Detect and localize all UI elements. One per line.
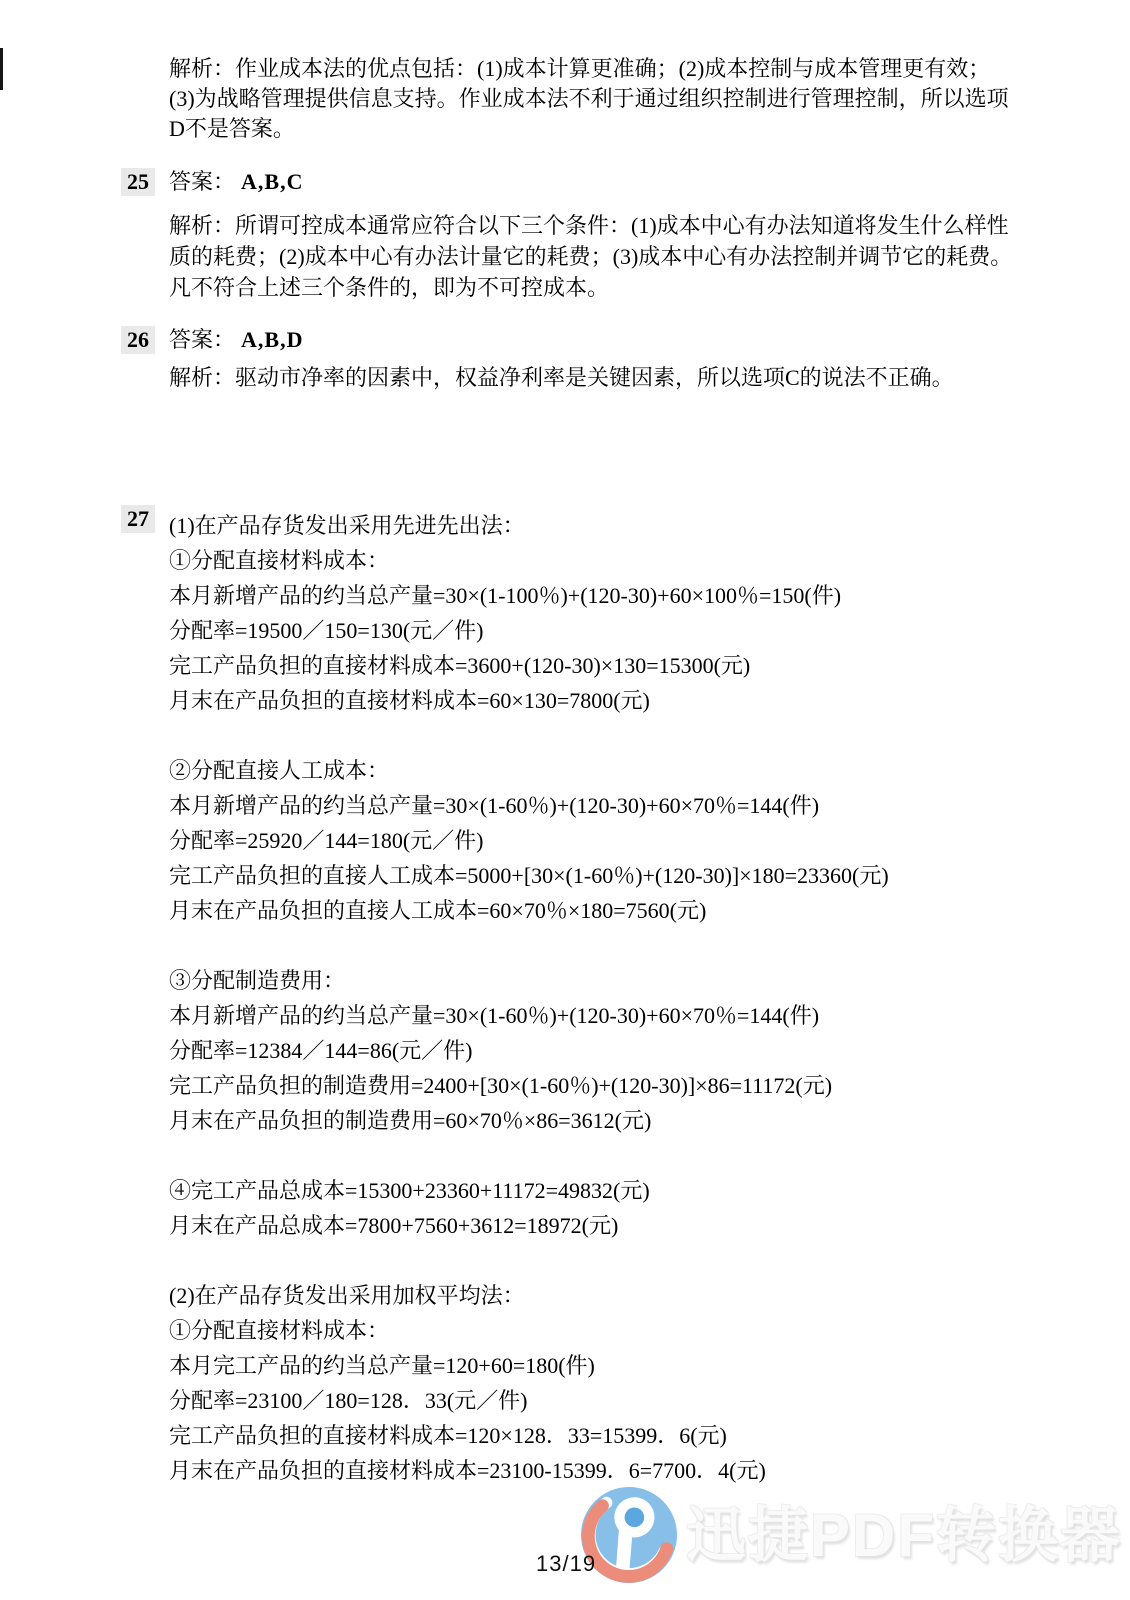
- solution-line: ③分配制造费用：: [169, 963, 1049, 998]
- solution-line: ①分配直接材料成本：: [169, 543, 1049, 578]
- solution-step-group: ④完工产品总成本=15300+23360+11172=49832(元) 月末在产…: [169, 1173, 1049, 1243]
- analysis-line: 解析：所谓可控成本通常应符合以下三个条件：(1)成本中心有办法知道将发生什么样性: [169, 210, 1029, 241]
- answer-label: 答案：: [169, 327, 235, 352]
- solution-line: 本月新增产品的约当总产量=30×(1-100％)+(120-30)+60×100…: [169, 578, 1049, 613]
- question-number-26: 26: [121, 326, 155, 354]
- solution-line: (1)在产品存货发出采用先进先出法：: [169, 508, 1049, 543]
- solution-line: ④完工产品总成本=15300+23360+11172=49832(元): [169, 1173, 1049, 1208]
- analysis-line: 质的耗费；(2)成本中心有办法计量它的耗费；(3)成本中心有办法控制并调节它的耗…: [169, 241, 1029, 272]
- solution-step-group: (2)在产品存货发出采用加权平均法： ①分配直接材料成本： 本月完工产品的约当总…: [169, 1278, 1049, 1488]
- analysis-line: (3)为战略管理提供信息支持。作业成本法不利于通过组织控制进行管理控制，所以选项: [169, 84, 1029, 114]
- solution-step-group: ③分配制造费用： 本月新增产品的约当总产量=30×(1-60％)+(120-30…: [169, 963, 1049, 1138]
- solution-line: 完工产品负担的直接材料成本=3600+(120-30)×130=15300(元): [169, 648, 1049, 683]
- analysis-line: 解析：作业成本法的优点包括：(1)成本计算更准确；(2)成本控制与成本管理更有效…: [169, 54, 1029, 84]
- analysis-line: 凡不符合上述三个条件的，即为不可控成本。: [169, 272, 1029, 303]
- question26-answer-line: 答案：A,B,D: [169, 326, 303, 354]
- analysis-line: D不是答案。: [169, 114, 1029, 144]
- analysis-line: 解析：驱动市净率的因素中，权益净利率是关键因素，所以选项C的说法不正确。: [169, 362, 1029, 393]
- solution-line: 本月新增产品的约当总产量=30×(1-60％)+(120-30)+60×70％=…: [169, 998, 1049, 1033]
- solution-line: ②分配直接人工成本：: [169, 753, 1049, 788]
- page-number: 13/19: [536, 1551, 596, 1577]
- question27-solution: (1)在产品存货发出采用先进先出法： ①分配直接材料成本： 本月新增产品的约当总…: [169, 508, 1049, 1523]
- question26-analysis-paragraph: 解析：驱动市净率的因素中，权益净利率是关键因素，所以选项C的说法不正确。: [169, 362, 1029, 393]
- answer-value: A,B,C: [241, 169, 303, 194]
- question-number-25: 25: [121, 168, 155, 196]
- solution-line: (2)在产品存货发出采用加权平均法：: [169, 1278, 1049, 1313]
- solution-line: 完工产品负担的直接人工成本=5000+[30×(1-60％)+(120-30)]…: [169, 858, 1049, 893]
- solution-line: 完工产品负担的直接材料成本=120×128．33=15399．6(元): [169, 1418, 1049, 1453]
- solution-line: 本月完工产品的约当总产量=120+60=180(件): [169, 1348, 1049, 1383]
- answer-label: 答案：: [169, 169, 235, 194]
- document-page: 解析：作业成本法的优点包括：(1)成本计算更准确；(2)成本控制与成本管理更有效…: [0, 0, 1130, 1600]
- solution-line: 月末在产品负担的直接材料成本=60×130=7800(元): [169, 683, 1049, 718]
- solution-line: 分配率=23100／180=128．33(元／件): [169, 1383, 1049, 1418]
- solution-line: 分配率=25920／144=180(元／件): [169, 823, 1049, 858]
- solution-step-group: (1)在产品存货发出采用先进先出法： ①分配直接材料成本： 本月新增产品的约当总…: [169, 508, 1049, 718]
- solution-line: ①分配直接材料成本：: [169, 1313, 1049, 1348]
- question24-analysis-paragraph: 解析：作业成本法的优点包括：(1)成本计算更准确；(2)成本控制与成本管理更有效…: [169, 54, 1029, 144]
- solution-line: 分配率=19500／150=130(元／件): [169, 613, 1049, 648]
- solution-line: 月末在产品负担的直接人工成本=60×70％×180=7560(元): [169, 893, 1049, 928]
- solution-line: 本月新增产品的约当总产量=30×(1-60％)+(120-30)+60×70％=…: [169, 788, 1049, 823]
- question-number-27: 27: [121, 505, 155, 533]
- solution-step-group: ②分配直接人工成本： 本月新增产品的约当总产量=30×(1-60％)+(120-…: [169, 753, 1049, 928]
- solution-line: 分配率=12384／144=86(元／件): [169, 1033, 1049, 1068]
- solution-line: 月末在产品负担的制造费用=60×70％×86=3612(元): [169, 1103, 1049, 1138]
- solution-line: 月末在产品总成本=7800+7560+3612=18972(元): [169, 1208, 1049, 1243]
- scan-edge-artifact: [0, 48, 3, 90]
- solution-line: 完工产品负担的制造费用=2400+[30×(1-60％)+(120-30)]×8…: [169, 1068, 1049, 1103]
- question25-analysis-paragraph: 解析：所谓可控成本通常应符合以下三个条件：(1)成本中心有办法知道将发生什么样性…: [169, 210, 1029, 303]
- question25-answer-line: 答案：A,B,C: [169, 168, 303, 196]
- solution-line: 月末在产品负担的直接材料成本=23100-15399．6=7700．4(元): [169, 1453, 1049, 1488]
- answer-value: A,B,D: [241, 327, 303, 352]
